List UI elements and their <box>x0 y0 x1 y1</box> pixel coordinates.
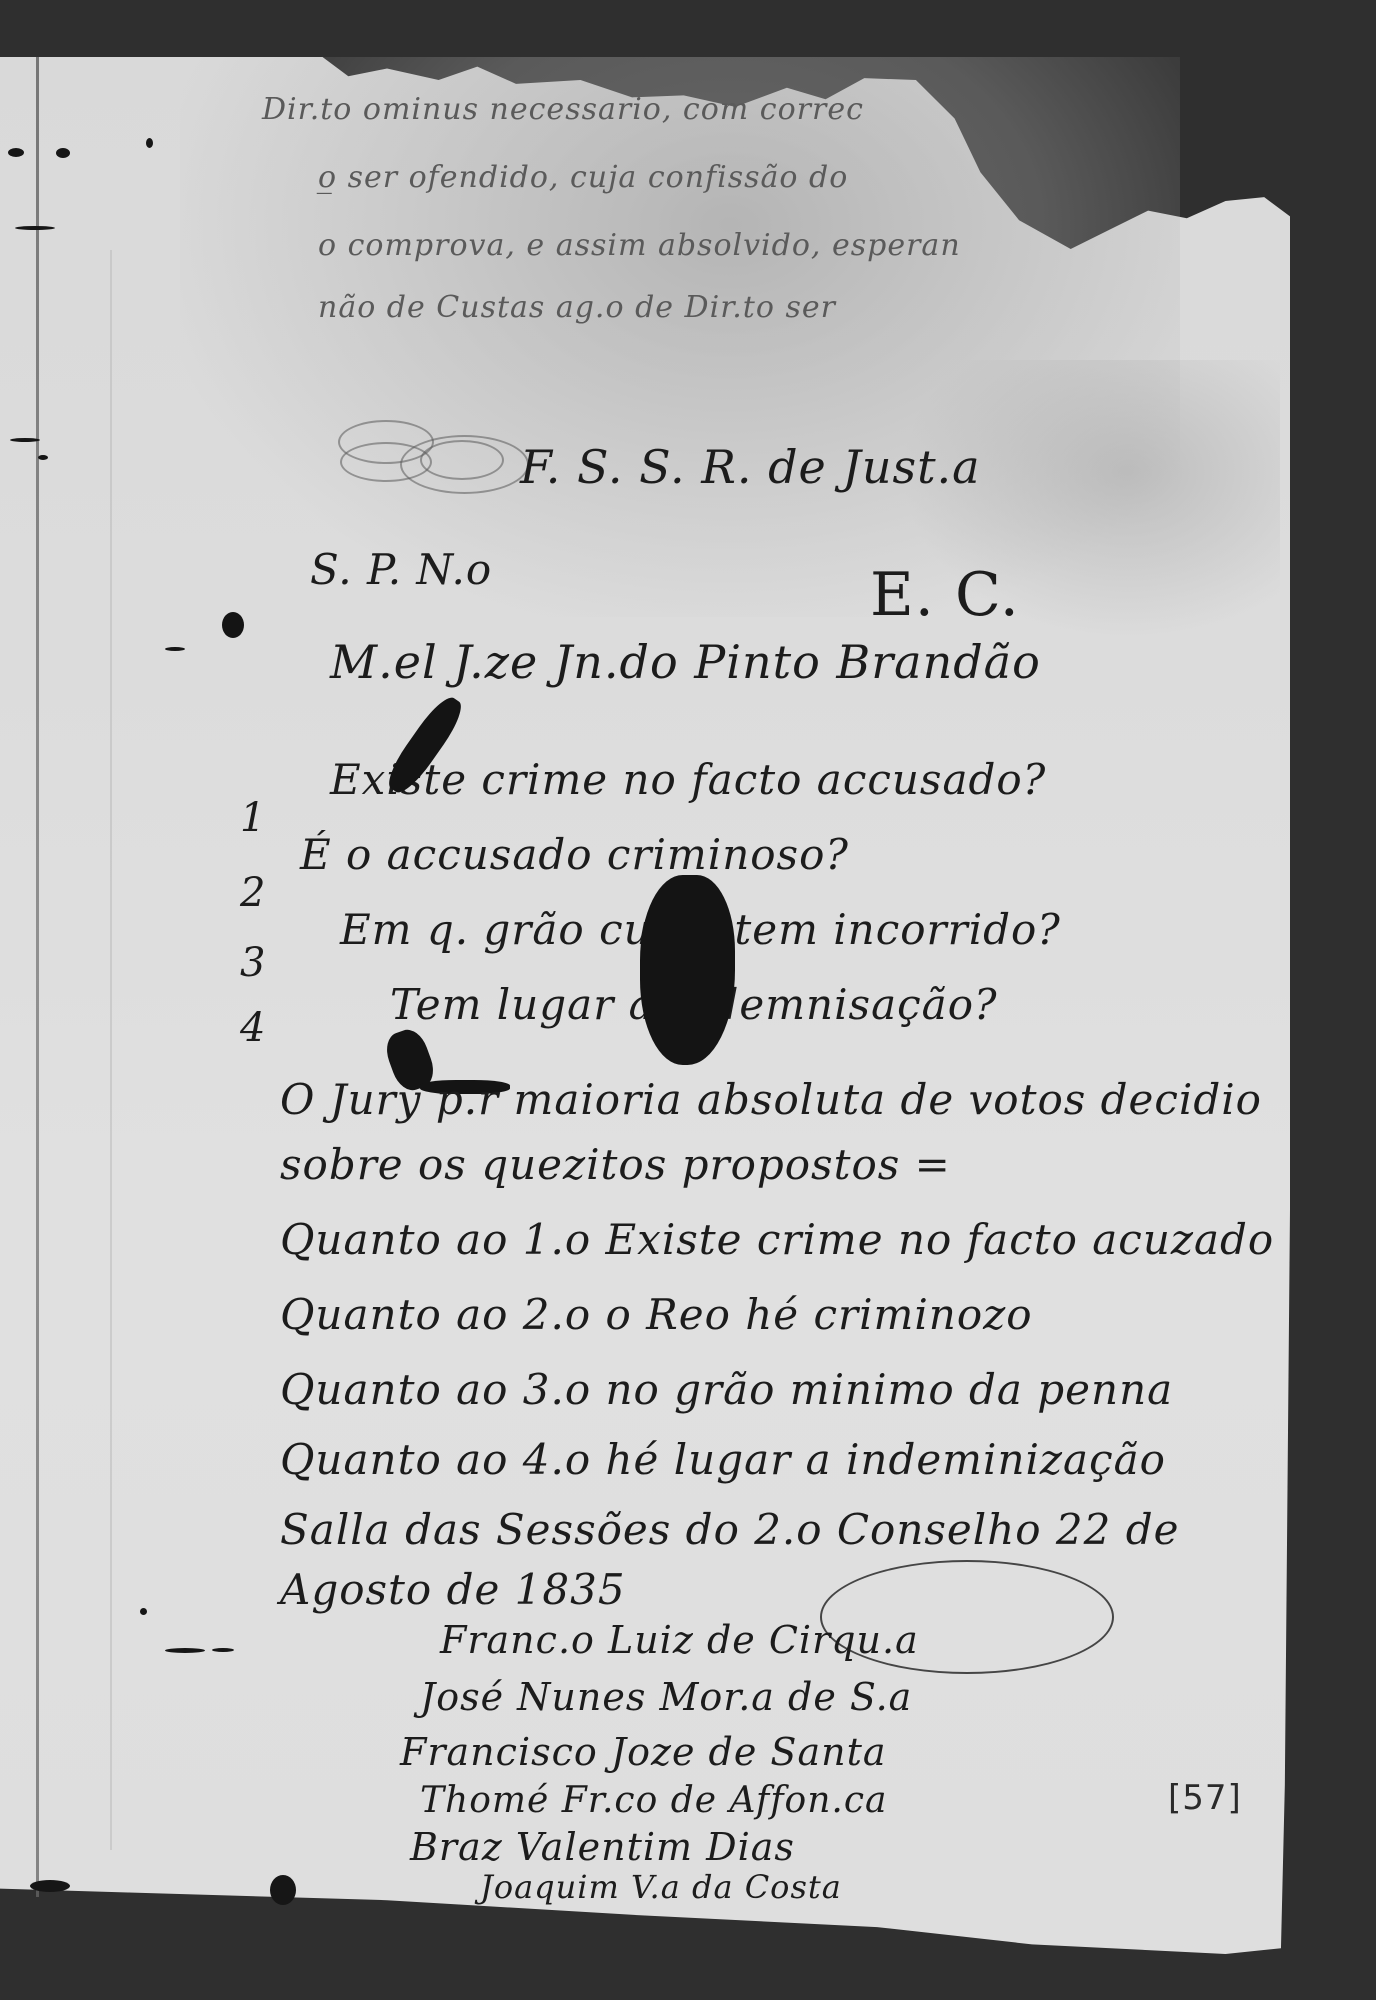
verdict-answer: Quanto ao 3.o no grão minimo da penna <box>280 1365 1173 1414</box>
question-text: Existe crime no facto accusado? <box>330 755 1046 804</box>
ink-speck <box>165 647 185 651</box>
question-text: É o accusado criminoso? <box>300 830 849 879</box>
fragment-line: não de Custas ag.o de Dir.to ser <box>318 290 836 325</box>
ink-speck <box>270 1875 296 1905</box>
defendant-name: M.el J.ze Jn.do Pinto Brandão <box>330 635 1041 689</box>
verdict-answer: Quanto ao 4.o hé lugar a indeminização <box>280 1435 1166 1484</box>
verdict-intro-line: sobre os quezitos propostos = <box>280 1140 951 1189</box>
ink-blot <box>222 612 244 638</box>
signature: José Nunes Mor.a de S.a <box>420 1675 912 1719</box>
fragment-line: Dir.to ominus necessario, com correc <box>262 92 864 127</box>
verdict-intro-line: O Jury p.r maioria absoluta de votos dec… <box>280 1075 1262 1124</box>
ink-blot <box>640 875 735 1065</box>
ink-speck <box>146 138 153 148</box>
ink-speck <box>30 1880 70 1892</box>
ink-speck <box>212 1648 234 1652</box>
verdict-answer: Quanto ao 1.o Existe crime no facto acuz… <box>280 1215 1274 1264</box>
header-abbrev: S. P. N.o <box>310 545 492 594</box>
archive-page-number: [57] <box>1168 1778 1242 1818</box>
closing-line: Salla das Sessões do 2.o Conselho 22 de <box>280 1505 1179 1554</box>
signature: Joaquim V.a da Costa <box>480 1868 842 1906</box>
ink-speck <box>8 148 24 157</box>
question-number: 3 <box>240 940 266 986</box>
question-number: 4 <box>240 1005 266 1051</box>
ink-speck <box>15 226 55 230</box>
ink-speck <box>140 1608 147 1615</box>
page-fold-line <box>36 57 39 1897</box>
question-number: 1 <box>240 795 266 841</box>
seal-impression <box>420 440 504 480</box>
signature-flourish <box>820 1560 1114 1674</box>
closing-date: Agosto de 1835 <box>280 1565 626 1614</box>
header-initials: E. C. <box>870 560 1020 630</box>
scanned-document: Dir.to ominus necessario, com correc o̲ … <box>0 0 1376 2000</box>
fragment-line: o̲ ser ofendido, cuja confissão do <box>318 160 848 195</box>
ink-speck <box>56 148 70 158</box>
fragment-line: o comprova, e assim absolvido, esperan <box>318 228 961 263</box>
signature: Thomé Fr.co de Affon.ca <box>420 1780 887 1821</box>
ink-speck <box>10 438 40 442</box>
page-fold-line <box>110 250 112 1850</box>
verdict-answer: Quanto ao 2.o o Reo hé criminozo <box>280 1290 1033 1339</box>
header-formula: F. S. S. R. de Just.a <box>520 440 981 494</box>
signature: Braz Valentim Dias <box>410 1825 795 1869</box>
question-number: 2 <box>240 870 266 916</box>
ink-speck <box>165 1648 205 1653</box>
ink-speck <box>38 455 48 460</box>
signature: Francisco Joze de Santa <box>400 1730 887 1774</box>
